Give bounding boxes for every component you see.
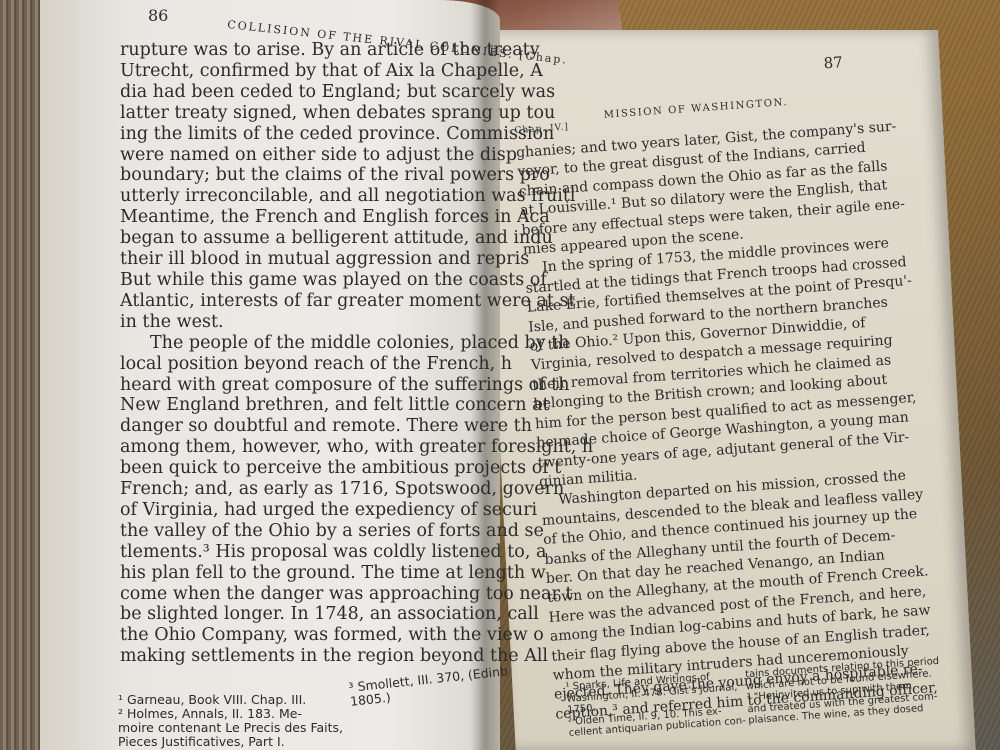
- text-line: come when the danger was approaching too…: [120, 584, 520, 605]
- text-line: latter treaty signed, when debates spran…: [120, 103, 520, 124]
- text-line: were named on either side to adjust the …: [120, 145, 520, 166]
- text-line: his plan fell to the ground. The time at…: [120, 563, 520, 584]
- text-line: ing the limits of the ceded province. Co…: [120, 124, 520, 145]
- footnote-line: moire contenant Le Precis des Faits,: [118, 721, 348, 735]
- text-line: New England brethren, and felt little co…: [120, 395, 520, 416]
- text-line: tlements.³ His proposal was coldly liste…: [120, 542, 520, 563]
- footnote-line: ¹ Garneau, Book VIII. Chap. III.: [118, 693, 348, 707]
- text-line: be slighted longer. In 1748, an associat…: [120, 604, 520, 625]
- footnotes-column-1: ¹ Garneau, Book VIII. Chap. III. ² Holme…: [118, 693, 348, 749]
- text-line: began to assume a belligerent attitude, …: [120, 228, 520, 249]
- text-line: the Ohio Company, was formed, with the v…: [120, 625, 520, 646]
- text-line: of Virginia, had urged the expediency of…: [120, 500, 520, 521]
- text-line: among them, however, who, with greater f…: [120, 437, 520, 458]
- footnote-line: Pieces Justificatives, Part I.: [118, 735, 348, 749]
- text-line: in the west.: [120, 312, 520, 333]
- text-line: the valley of the Ohio by a series of fo…: [120, 521, 520, 542]
- text-line: their ill blood in mutual aggression and…: [120, 249, 520, 270]
- left-page-number: 86: [148, 6, 168, 25]
- text-line: utterly irreconcilable, and all negotiat…: [120, 186, 520, 207]
- text-line: boundary; but the claims of the rival po…: [120, 165, 520, 186]
- text-line: Utrecht, confirmed by that of Aix la Cha…: [120, 61, 520, 82]
- text-line: rupture was to arise. By an article of t…: [120, 40, 520, 61]
- text-line: Meantime, the French and English forces …: [120, 207, 520, 228]
- paragraph-start-line: The people of the middle colonies, place…: [120, 333, 520, 354]
- text-line: dia had been ceded to England; but scarc…: [120, 82, 520, 103]
- text-line: making settlements in the region beyond …: [120, 646, 520, 667]
- footnote-line: ² Holmes, Annals, II. 183. Me-: [118, 707, 348, 721]
- text-line: But while this game was played on the co…: [120, 270, 520, 291]
- text-line: local position beyond reach of the Frenc…: [120, 354, 520, 375]
- left-page-body: rupture was to arise. By an article of t…: [120, 40, 520, 667]
- text-line: heard with great composure of the suffer…: [120, 375, 520, 396]
- text-line: French; and, as early as 1716, Spotswood…: [120, 479, 520, 500]
- text-line: been quick to perceive the ambitious pro…: [120, 458, 520, 479]
- text-line: Atlantic, interests of far greater momen…: [120, 291, 520, 312]
- right-page-body: ghanies; and two years later, Gist, the …: [516, 119, 916, 725]
- text-line: danger so doubtful and remote. There wer…: [120, 416, 520, 437]
- right-page-number: 87: [823, 53, 843, 72]
